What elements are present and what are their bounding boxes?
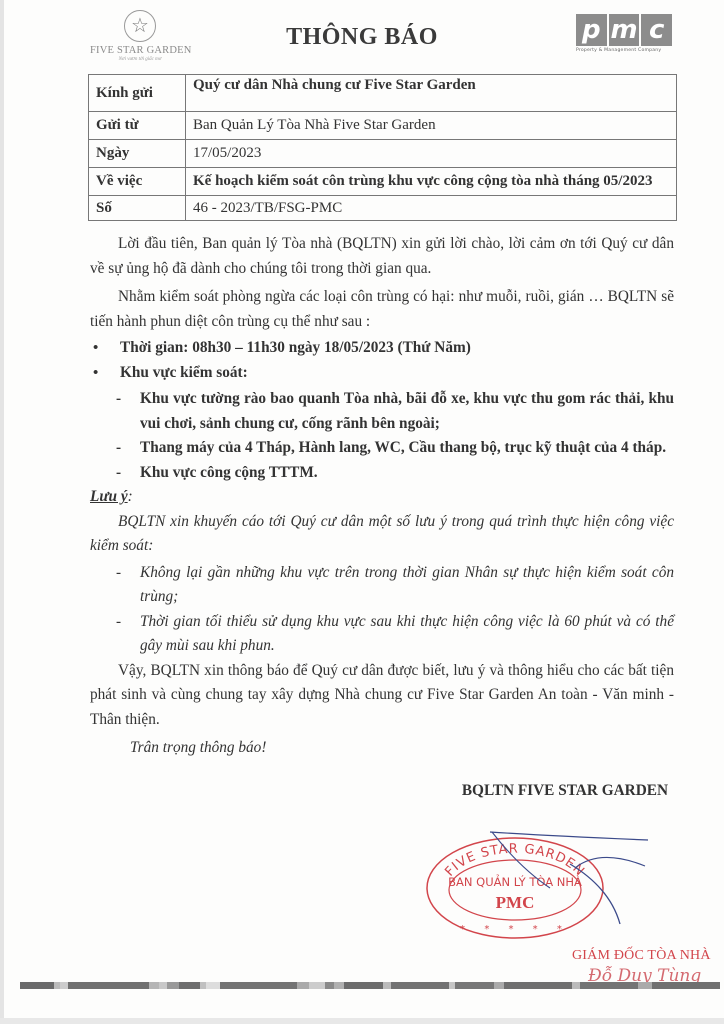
table-row: Kính gửi Quý cư dân Nhà chung cư Five St…	[89, 75, 677, 112]
table-row: Ngày 17/05/2023	[89, 140, 677, 168]
regards-line: Trân trọng thông báo!	[90, 736, 674, 761]
table-row: Gửi từ Ban Quản Lý Tòa Nhà Five Star Gar…	[89, 112, 677, 140]
list-item: Khu vực tường rào bao quanh Tòa nhà, bãi…	[90, 387, 674, 436]
list-item: Không lại gần những khu vực trên trong t…	[90, 561, 674, 610]
meta-value-recipient: Quý cư dân Nhà chung cư Five Star Garden	[186, 75, 677, 112]
meta-value-sender: Ban Quản Lý Tòa Nhà Five Star Garden	[186, 112, 677, 140]
pmc-letter-m: m	[609, 14, 640, 46]
intro-paragraph: Lời đầu tiên, Ban quản lý Tòa nhà (BQLTN…	[90, 232, 674, 281]
scan-left-edge	[0, 0, 4, 1024]
list-item: Thang máy của 4 Tháp, Hành lang, WC, Cầu…	[90, 436, 674, 461]
schedule-list: Thời gian: 08h30 – 11h30 ngày 18/05/2023…	[90, 336, 674, 385]
note-intro: BQLTN xin khuyến cáo tới Quý cư dân một …	[90, 510, 674, 559]
note-heading: Lưu ý	[90, 488, 128, 505]
table-row: Về việc Kế hoạch kiểm soát côn trùng khu…	[89, 168, 677, 196]
purpose-paragraph: Nhằm kiểm soát phòng ngừa các loại côn t…	[90, 285, 674, 334]
table-row: Số 46 - 2023/TB/FSG-PMC	[89, 196, 677, 221]
notice-meta-table: Kính gửi Quý cư dân Nhà chung cư Five St…	[88, 74, 677, 221]
time-item: Thời gian: 08h30 – 11h30 ngày 18/05/2023…	[90, 336, 674, 361]
scan-bottom-edge	[0, 1018, 724, 1024]
signatory: BQLTN FIVE STAR GARDEN	[90, 779, 674, 804]
pmc-letter-p: p	[576, 14, 607, 46]
notice-body: Lời đầu tiên, Ban quản lý Tòa nhà (BQLTN…	[90, 232, 674, 803]
meta-label-number: Số	[89, 196, 186, 221]
meta-value-number: 46 - 2023/TB/FSG-PMC	[186, 196, 677, 221]
area-list: Khu vực tường rào bao quanh Tòa nhà, bãi…	[90, 387, 674, 485]
area-heading-item: Khu vực kiểm soát:	[90, 361, 674, 386]
area-heading: Khu vực kiểm soát:	[120, 364, 248, 381]
director-title: GIÁM ĐỐC TÒA NHÀ	[572, 948, 711, 964]
pmc-subtitle: Property & Management Company	[576, 48, 672, 53]
meta-label-date: Ngày	[89, 140, 186, 168]
list-item: Thời gian tối thiểu sử dụng khu vực sau …	[90, 610, 674, 659]
pmc-logo: p m c Property & Management Company	[576, 14, 672, 53]
meta-label-recipient: Kính gửi	[89, 75, 186, 112]
meta-label-sender: Gửi từ	[89, 112, 186, 140]
list-item: Khu vực công cộng TTTM.	[90, 461, 674, 486]
scan-artifact-bar	[20, 982, 720, 989]
closing-paragraph: Vậy, BQLTN xin thông báo để Quý cư dân đ…	[90, 659, 674, 733]
logo-tagline: Nơi vươn tới giấc mơ	[90, 57, 190, 62]
meta-value-subject: Kế hoạch kiểm soát côn trùng khu vực côn…	[186, 168, 677, 196]
meta-label-subject: Về việc	[89, 168, 186, 196]
handwritten-signature-stroke	[480, 828, 650, 928]
pmc-letter-c: c	[641, 14, 672, 46]
note-heading-line: Lưu ý:	[90, 485, 674, 510]
meta-value-date: 17/05/2023	[186, 140, 677, 168]
note-list: Không lại gần những khu vực trên trong t…	[90, 561, 674, 659]
